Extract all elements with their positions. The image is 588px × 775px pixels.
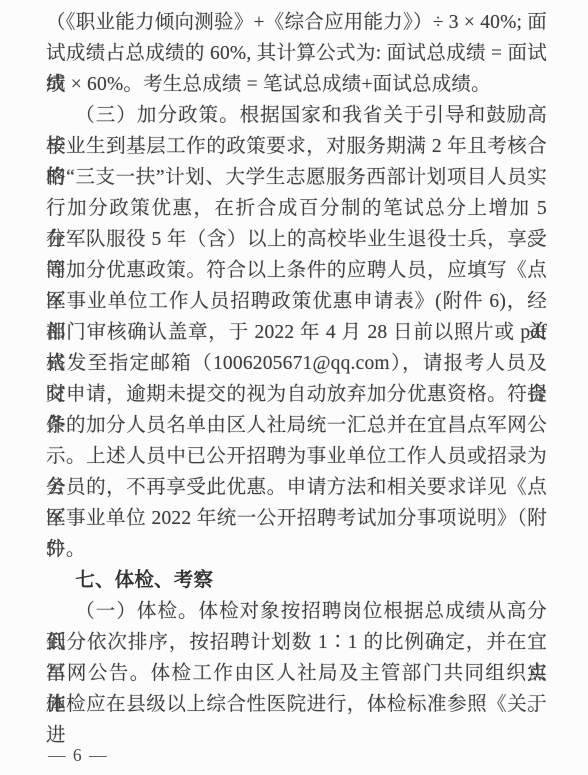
section-heading: 七、体检、考察: [46, 565, 547, 596]
body-line: 军网公告。体检工作由区人社局及主管部门共同组织实施。: [46, 658, 547, 689]
body-line: 件的加分人员名单由区人社局统一汇总并在宜昌点军网公: [46, 410, 547, 441]
page-number: — 6 —: [48, 742, 108, 768]
body-line: 等加分优惠政策。符合以上条件的应聘人员，应填写《点军: [46, 255, 547, 286]
body-line: 低分依次排序，按招聘计划数 1∶1 的比例确定，并在宜昌点: [46, 627, 547, 658]
body-line: （《职业能力倾向测验》+《综合应用能力》）÷ 3 × 40%; 面: [46, 7, 547, 38]
body-line: （三）加分政策。根据国家和我省关于引导和鼓励高校: [46, 100, 547, 131]
body-line: 部门审核确认盖章，于 2022 年 4 月 28 日前以照片或 pdf 格: [46, 317, 547, 348]
body-line: 区事业单位工作人员招聘政策优惠申请表》(附件 6)，经相关: [46, 286, 547, 317]
body-line: 的“三支一扶”计划、大学生志愿服务西部计划项目人员实: [46, 162, 547, 193]
body-line: 行加分政策优惠，在折合成百分制的笔试总分上增加 5 分。: [46, 193, 547, 224]
page-body: （《职业能力倾向测验》+《综合应用能力》）÷ 3 × 40%; 面 试成绩占总成…: [46, 7, 547, 720]
body-line: 务员的，不再享受此优惠。申请方法和相关要求详见《点军: [46, 472, 547, 503]
body-line: 区事业单位 2022 年统一公开招聘考试加分事项说明》（附件: [46, 503, 547, 534]
body-line: 式发至指定邮箱（1006205671@qq.com），请报考人员及时提: [46, 348, 547, 379]
body-line: 毕业生到基层工作的政策要求，对服务期满 2 年且考核合格: [46, 131, 547, 162]
body-line: （一）体检。体检对象按招聘岗位根据总成绩从高分到: [46, 596, 547, 627]
body-line: 体检应在县级以上综合性医院进行，体检标准参照《关于进: [46, 689, 547, 720]
body-line: 交申请，逾期未提交的视为自动放弃加分优惠资格。符合条: [46, 379, 547, 410]
body-line: 5）。: [46, 534, 547, 565]
body-line: 绩 × 60%。考生总成绩 = 笔试总成绩+面试总成绩。: [46, 69, 547, 100]
document-page: （《职业能力倾向测验》+《综合应用能力》）÷ 3 × 40%; 面 试成绩占总成…: [0, 0, 588, 775]
body-line: 在军队服役 5 年（含）以上的高校毕业生退役士兵，享受同: [46, 224, 547, 255]
body-line: 示。上述人员中已公开招聘为事业单位工作人员或招录为公: [46, 441, 547, 472]
body-line: 试成绩占总成绩的 60%, 其计算公式为: 面试总成绩 = 面试成: [46, 38, 547, 69]
